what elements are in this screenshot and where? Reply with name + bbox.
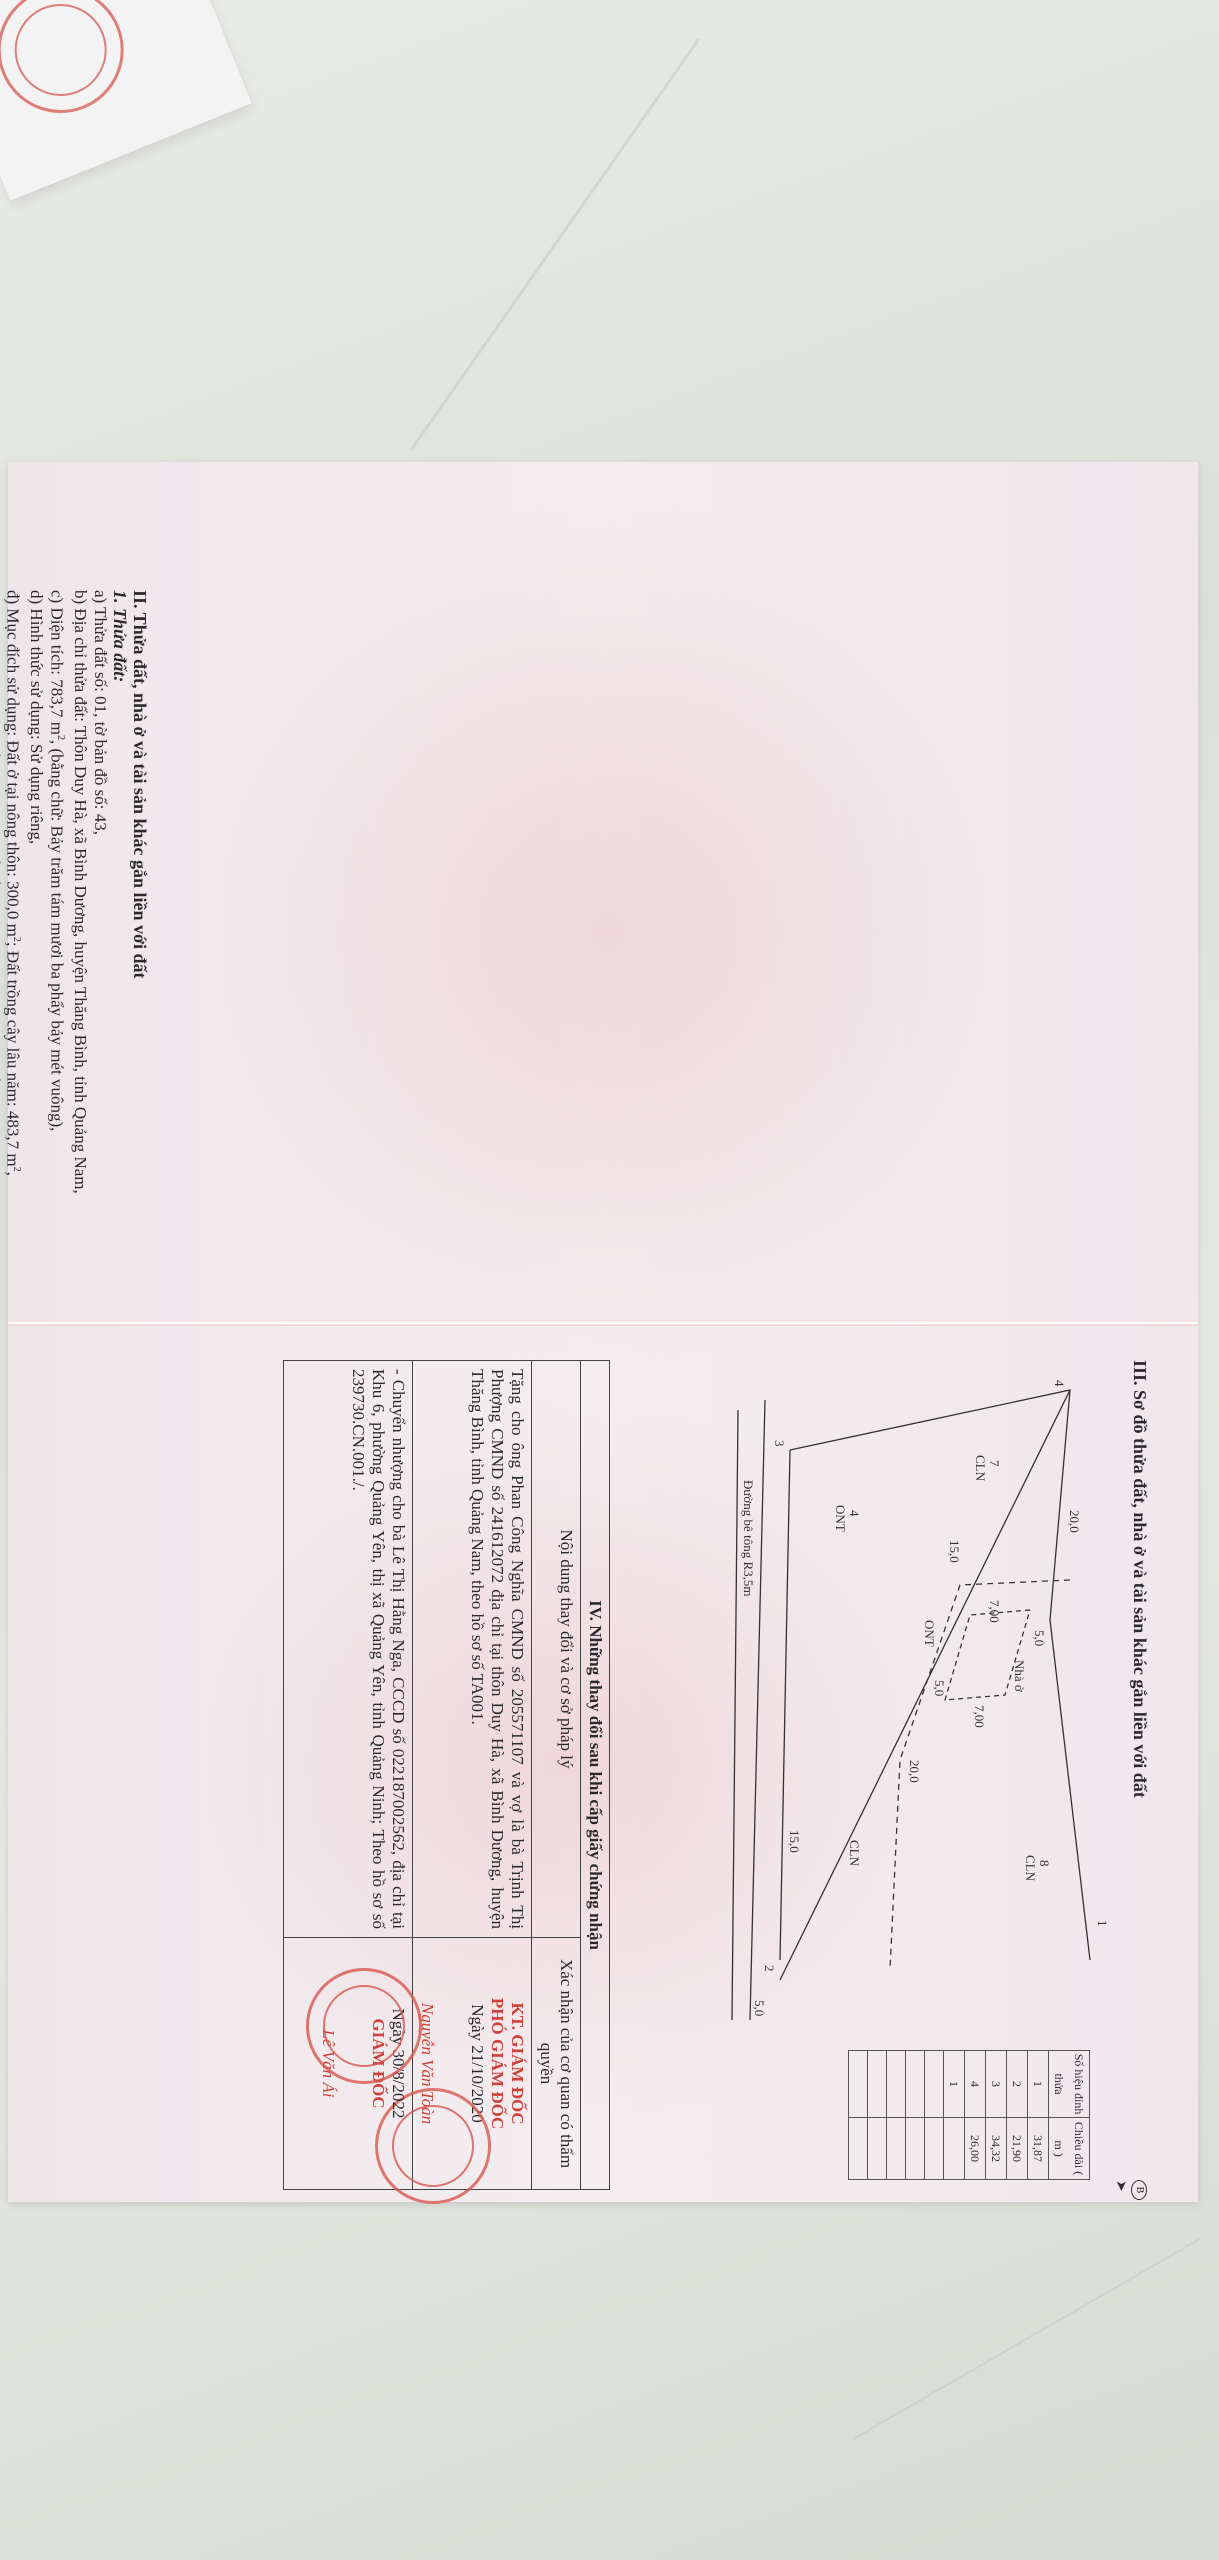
svg-text:CLN: CLN	[973, 1455, 988, 1482]
booklet-fold	[8, 1320, 1198, 1326]
svg-text:CLN: CLN	[1023, 1855, 1038, 1882]
change-confirmation: Ngày 30/8/2022 GIÁM ĐỐC Lê Văn Ái	[284, 1938, 413, 2190]
change-entry: - Chuyển nhượng cho bà Lê Thị Hằng Nga, …	[284, 1361, 413, 2190]
land-usage-form: d) Hình thức sử dụng: Sử dụng riêng,	[26, 590, 46, 1350]
vertex-length-table: Số hiệu đỉnh thửa Chiều dài ( m ) 131,87…	[848, 2050, 1090, 2180]
edge-length	[849, 2118, 868, 2180]
vertex-id	[849, 2051, 868, 2118]
svg-text:Đường bê tông R3,5m: Đường bê tông R3,5m	[741, 1480, 756, 1596]
vertex-row: 334,32	[986, 2051, 1007, 2180]
svg-text:1: 1	[1095, 1920, 1110, 1927]
section-4-title: IV. Những thay đổi sau khi cấp giấy chứn…	[581, 1361, 610, 2190]
svg-text:5,0: 5,0	[752, 2000, 767, 2016]
svg-text:4: 4	[847, 1510, 862, 1517]
svg-text:8: 8	[1037, 1860, 1052, 1867]
vertex-id: 1	[1028, 2051, 1049, 2118]
vertex-row	[906, 2051, 925, 2180]
land-heading: 1. Thửa đất:	[110, 590, 130, 1350]
svg-text:7: 7	[987, 1460, 1002, 1467]
svg-text:15,0: 15,0	[787, 1830, 802, 1853]
other-document-corner	[0, 0, 252, 202]
svg-text:15,0: 15,0	[947, 1540, 962, 1563]
change-content: Tặng cho ông Phan Công Nghĩa CMND số 205…	[413, 1361, 532, 1938]
col-vertex: Số hiệu đỉnh thửa	[1049, 2051, 1090, 2118]
land-area: c) Diện tích: 783,7 m2, (bằng chữ: Bảy t…	[46, 590, 70, 1350]
svg-text:7,00: 7,00	[972, 1705, 987, 1728]
vertex-id	[887, 2051, 906, 2118]
edge-length	[944, 2118, 965, 2180]
col-changes: Nội dung thay đổi và cơ sở pháp lý	[532, 1361, 581, 1938]
vertex-id: 3	[986, 2051, 1007, 2118]
svg-text:7,00: 7,00	[987, 1600, 1002, 1623]
page-section-2: II. Thửa đất, nhà ở và tài sản khác gắn …	[0, 470, 1190, 1320]
change-confirmation: KT. GIÁM ĐỐC PHÓ GIÁM ĐỐC Ngày 21/10/202…	[413, 1938, 532, 2190]
page-section-3-4: III. Sơ đồ thửa đất, nhà ở và tài sản kh…	[0, 1330, 1190, 2190]
changes-table: IV. Những thay đổi sau khi cấp giấy chứn…	[283, 1360, 610, 2190]
north-arrow-icon: B ➤	[1110, 2180, 1150, 2200]
svg-text:ONT: ONT	[922, 1620, 937, 1647]
section-3-title: III. Sơ đồ thửa đất, nhà ở và tài sản kh…	[1130, 1360, 1150, 2180]
land-purpose: đ) Mục đích sử dụng: Đất ở tại nông thôn…	[3, 590, 27, 1350]
svg-text:2: 2	[762, 1965, 777, 1972]
vertex-row	[868, 2051, 887, 2180]
office-seal-icon	[306, 1968, 422, 2084]
vertex-id: 4	[965, 2051, 986, 2118]
red-seal-icon	[0, 0, 143, 132]
parcel-diagram: 1 2 3 4 Nhà ở ONT CLN 15,0 15,0 20,0 20,…	[730, 1360, 1110, 2050]
edge-length	[887, 2118, 906, 2180]
svg-text:20,0: 20,0	[1067, 1510, 1082, 1533]
edge-length: 31,87	[1028, 2118, 1049, 2180]
vertex-row: 131,87	[1028, 2051, 1049, 2180]
edge-length: 21,90	[1007, 2118, 1028, 2180]
vertex-row	[887, 2051, 906, 2180]
marble-vein	[411, 38, 700, 449]
svg-text:ONT: ONT	[833, 1505, 848, 1532]
svg-text:5,0: 5,0	[1032, 1630, 1047, 1646]
change-content: - Chuyển nhượng cho bà Lê Thị Hằng Nga, …	[284, 1361, 413, 1938]
section-2-title: II. Thửa đất, nhà ở và tài sản khác gắn …	[130, 590, 150, 1350]
vertex-id	[868, 2051, 887, 2118]
col-length: Chiều dài ( m )	[1049, 2118, 1090, 2180]
edge-length: 26,00	[965, 2118, 986, 2180]
change-entry: Tặng cho ông Phan Công Nghĩa CMND số 205…	[413, 1361, 532, 2190]
land-address: b) Địa chỉ thửa đất: Thôn Duy Hà, xã Bìn…	[70, 590, 90, 1350]
vertex-id	[925, 2051, 944, 2118]
edge-length	[906, 2118, 925, 2180]
vertex-id	[906, 2051, 925, 2118]
marble-vein	[853, 2238, 1200, 2440]
edge-length	[925, 2118, 944, 2180]
svg-text:3: 3	[772, 1440, 787, 1447]
col-confirmation: Xác nhận của cơ quan có thẩm quyền	[532, 1938, 581, 2190]
vertex-id: 1	[944, 2051, 965, 2118]
svg-text:5,0: 5,0	[932, 1680, 947, 1696]
svg-text:Nhà ở: Nhà ở	[1012, 1660, 1027, 1693]
vertex-id: 2	[1007, 2051, 1028, 2118]
land-parcel-number: a) Thửa đất số: 01, tờ bản đồ số: 43,	[90, 590, 110, 1350]
svg-text:CLN: CLN	[847, 1840, 862, 1867]
svg-text:20,0: 20,0	[907, 1760, 922, 1783]
svg-text:4: 4	[1052, 1380, 1067, 1387]
land-term: e) Thời hạn sử dụng: Đất ở: Lâu dài; Đất…	[0, 590, 3, 1350]
vertex-row	[925, 2051, 944, 2180]
edge-length	[868, 2118, 887, 2180]
vertex-row: 1	[944, 2051, 965, 2180]
vertex-row: 426,00	[965, 2051, 986, 2180]
vertex-row: 221,90	[1007, 2051, 1028, 2180]
edge-length: 34,32	[986, 2118, 1007, 2180]
vertex-row	[849, 2051, 868, 2180]
